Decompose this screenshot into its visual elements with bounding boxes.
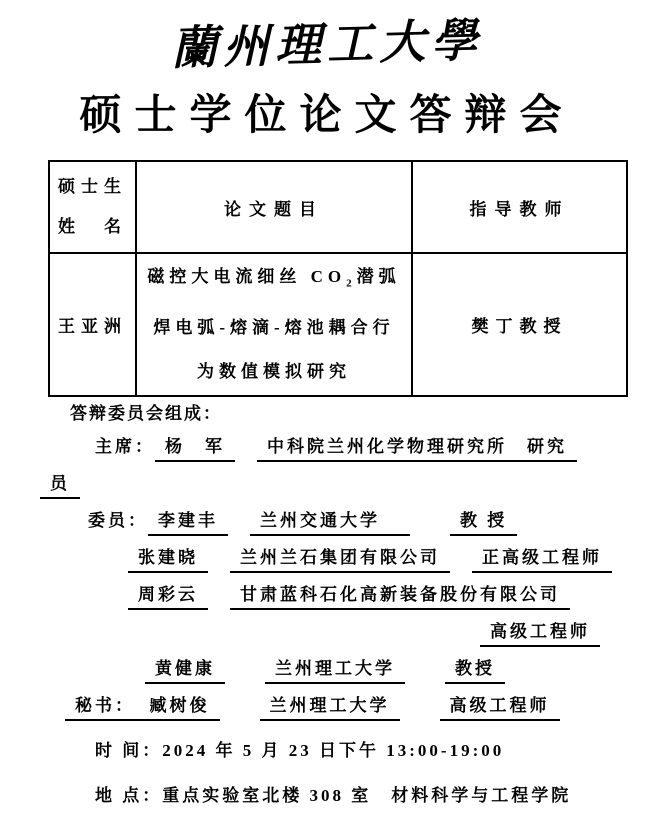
secretary-line: 秘书： 臧树俊兰州理工大学高级工程师 <box>0 687 654 724</box>
advisor-cell: 樊丁教授 <box>412 253 627 396</box>
place-line: 地 点：重点实验室北楼 308 室 材料科学与工程学院 <box>0 777 654 814</box>
student-header-line2: 姓 名 <box>50 207 135 247</box>
member-name: 黄健康 <box>145 657 225 684</box>
page-title: 硕士学位论文答辩会 <box>0 82 654 142</box>
member-name: 李建丰 <box>148 509 228 536</box>
table-header-row: 硕士生 姓 名 论文题目 指导教师 <box>49 161 627 253</box>
student-name-cell: 王亚洲 <box>49 253 136 396</box>
thesis-line1-text: 磁控大电流细丝 CO <box>147 267 346 286</box>
member-line: 黄健康兰州理工大学教授 <box>0 650 654 687</box>
member-name: 周彩云 <box>128 583 208 610</box>
member-line: 张建晓兰州兰石集团有限公司正高级工程师 <box>0 539 654 576</box>
thesis-line1-tail: 潜弧 <box>357 267 401 286</box>
thesis-title-cell: 磁控大电流细丝 CO2潜弧 焊电弧-熔滴-熔池耦合行 为数值模拟研究 <box>136 253 412 396</box>
time-line: 时 间：2024 年 5 月 23 日下午 13:00-19:00 <box>0 732 654 769</box>
chair-organization-wrapped: 员 <box>40 472 80 499</box>
member-line: 周彩云甘肃蓝科石化高新装备股份有限公司 <box>0 576 654 613</box>
member-title-wrap-line: 高级工程师 <box>0 613 654 650</box>
secretary-organization: 兰州理工大学 <box>260 694 400 721</box>
advisor-header: 指导教师 <box>412 161 627 253</box>
secretary-name: 臧树俊 <box>135 696 210 715</box>
secretary-title: 高级工程师 <box>440 694 560 721</box>
defense-info-table: 硕士生 姓 名 论文题目 指导教师 王亚洲 磁控大电流细丝 CO2潜弧 焊电弧-… <box>48 160 628 397</box>
members-label: 委员： <box>88 511 148 530</box>
member-title: 教 授 <box>450 509 517 536</box>
thesis-line-1: 磁控大电流细丝 CO2潜弧 <box>137 255 411 305</box>
member-organization: 甘肃蓝科石化高新装备股份有限公司 <box>230 583 570 610</box>
member-title: 教授 <box>445 657 505 684</box>
chair-organization: 中科院兰州化学物理研究所 研究 <box>257 435 577 462</box>
thesis-line-3: 为数值模拟研究 <box>137 350 411 394</box>
co2-subscript: 2 <box>346 278 357 290</box>
member-title: 高级工程师 <box>480 620 600 647</box>
member-organization: 兰州交通大学 <box>250 509 410 536</box>
secretary-label: 秘书： <box>75 696 135 715</box>
student-header-line1: 硕士生 <box>50 167 135 207</box>
member-line: 委员：李建丰兰州交通大学 教 授 <box>0 502 654 539</box>
secretary-label-and-name: 秘书： 臧树俊 <box>65 694 220 721</box>
chair-label: 主席： <box>95 437 155 456</box>
member-organization: 兰州理工大学 <box>265 657 405 684</box>
university-calligraphy-logo: 蘭州理工大學 <box>0 0 654 83</box>
committee-section: 答辩委员会组成： 主席：杨 军中科院兰州化学物理研究所 研究 员 委员：李建丰兰… <box>0 400 654 814</box>
member-title: 正高级工程师 <box>472 546 612 573</box>
member-organization: 兰州兰石集团有限公司 <box>230 546 450 573</box>
defense-announcement-document: 蘭州理工大學 硕士学位论文答辩会 硕士生 姓 名 论文题目 指导教师 王亚洲 磁… <box>0 0 654 815</box>
member-name: 张建晓 <box>128 546 208 573</box>
thesis-title-header: 论文题目 <box>136 161 412 253</box>
chair-line: 主席：杨 军中科院兰州化学物理研究所 研究 <box>0 428 654 465</box>
committee-heading: 答辩委员会组成： <box>0 400 654 428</box>
thesis-line-2: 焊电弧-熔滴-熔池耦合行 <box>137 306 411 350</box>
chair-line-wrap: 员 <box>0 465 654 502</box>
table-data-row: 王亚洲 磁控大电流细丝 CO2潜弧 焊电弧-熔滴-熔池耦合行 为数值模拟研究 樊… <box>49 253 627 396</box>
chair-name: 杨 军 <box>155 435 235 462</box>
student-name-header: 硕士生 姓 名 <box>49 161 136 253</box>
